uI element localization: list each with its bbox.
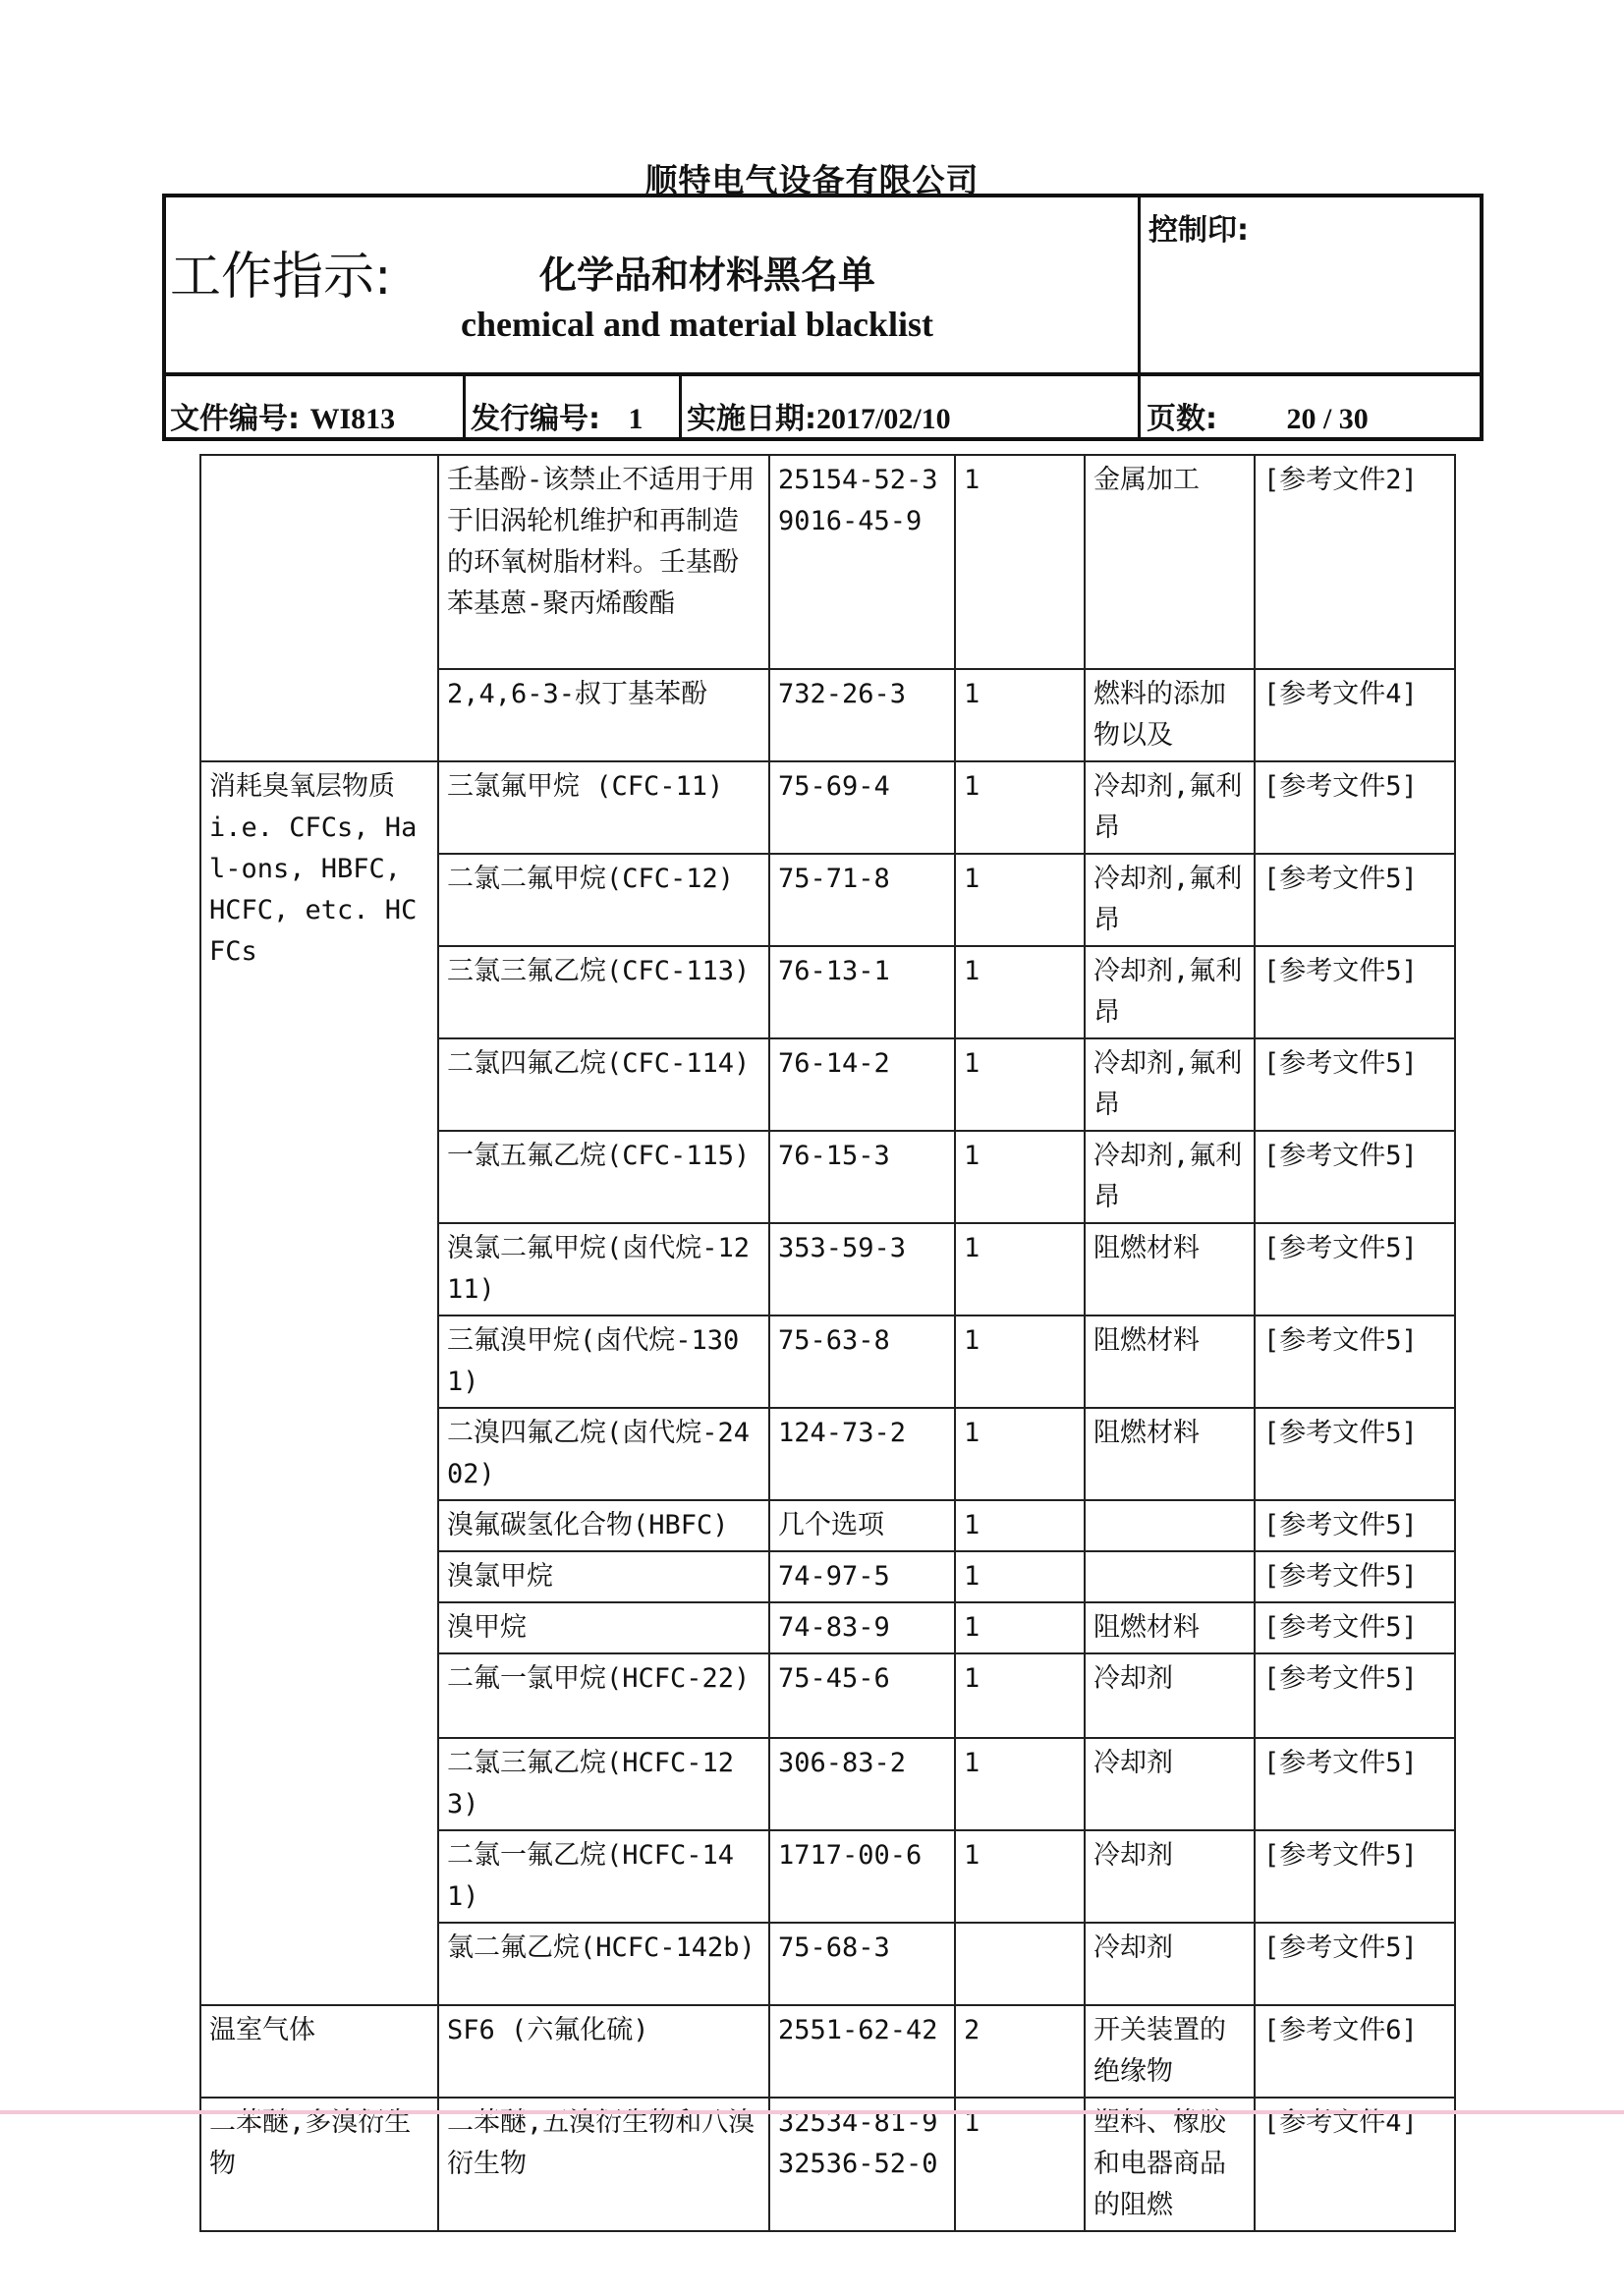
usage-cell: 冷却剂 xyxy=(1085,1738,1255,1830)
substance-cell: 二氯四氟乙烷(CFC-114) xyxy=(438,1038,769,1131)
cas-number: 32534-81-9 xyxy=(778,2102,946,2144)
reference-cell: [参考文件6] xyxy=(1255,2005,1455,2098)
reference-cell: [参考文件5] xyxy=(1255,1315,1455,1408)
category-cell: 二苯醚,多溴衍生物 xyxy=(200,2098,438,2231)
level-cell: 1 xyxy=(955,1223,1085,1315)
usage-cell: 开关装置的绝缘物 xyxy=(1085,2005,1255,2098)
cas-number-cell: 2551-62-42 xyxy=(769,2005,955,2098)
cas-number: 76-13-1 xyxy=(778,951,946,992)
reference-cell: [参考文件4] xyxy=(1255,669,1455,761)
substance-cell: 二氯一氟乙烷(HCFC-141) xyxy=(438,1830,769,1923)
level-cell: 1 xyxy=(955,1038,1085,1131)
reference-cell: [参考文件5] xyxy=(1255,1038,1455,1131)
title-english: chemical and material blacklist xyxy=(461,304,933,345)
level-cell: 1 xyxy=(955,1653,1085,1738)
usage-cell: 阻燃材料 xyxy=(1085,1602,1255,1653)
cas-number: 1717-00-6 xyxy=(778,1835,946,1876)
cas-number-cell: 1717-00-6 xyxy=(769,1830,955,1923)
document-header: 工作指示: 化学品和材料黑名单 chemical and material bl… xyxy=(162,194,1484,441)
effective-date-label: 实施日期: xyxy=(687,402,816,436)
category-cell xyxy=(200,455,438,761)
category-cell: 温室气体 xyxy=(200,2005,438,2098)
cas-number-cell: 75-45-6 xyxy=(769,1653,955,1738)
level-cell: 1 xyxy=(955,1830,1085,1923)
reference-cell: [参考文件5] xyxy=(1255,854,1455,946)
reference-cell: [参考文件5] xyxy=(1255,1551,1455,1602)
substance-cell: 2,4,6-3-叔丁基苯酚 xyxy=(438,669,769,761)
control-stamp-label: 控制印: xyxy=(1148,205,1249,249)
substance-cell: 三氯三氟乙烷(CFC-113) xyxy=(438,946,769,1038)
reference-cell: [参考文件5] xyxy=(1255,1223,1455,1315)
level-cell: 1 xyxy=(955,1602,1085,1653)
cas-number: 76-14-2 xyxy=(778,1043,946,1085)
cas-number-cell: 76-14-2 xyxy=(769,1038,955,1131)
cas-number-cell: 75-68-3 xyxy=(769,1923,955,2005)
page-edge-line xyxy=(0,2110,1624,2114)
effective-date-value: 2017/02/10 xyxy=(816,403,951,435)
substance-cell: 溴氯甲烷 xyxy=(438,1551,769,1602)
level-cell: 1 xyxy=(955,455,1085,669)
reference-cell: [参考文件5] xyxy=(1255,1500,1455,1551)
cas-number-cell: 353-59-3 xyxy=(769,1223,955,1315)
level-cell: 1 xyxy=(955,669,1085,761)
issue-number-label: 发行编号: xyxy=(471,402,600,436)
substance-cell: 二氯二氟甲烷(CFC-12) xyxy=(438,854,769,946)
reference-cell: [参考文件5] xyxy=(1255,1830,1455,1923)
cas-number: 124-73-2 xyxy=(778,1413,946,1454)
reference-cell: [参考文件5] xyxy=(1255,1738,1455,1830)
reference-cell: [参考文件5] xyxy=(1255,1653,1455,1738)
cas-number: 74-97-5 xyxy=(778,1556,946,1597)
header-divider xyxy=(679,372,682,437)
substance-cell: 溴甲烷 xyxy=(438,1602,769,1653)
level-cell: 1 xyxy=(955,1738,1085,1830)
reference-cell: [参考文件4] xyxy=(1255,2098,1455,2231)
level-cell: 1 xyxy=(955,1131,1085,1223)
header-divider xyxy=(166,372,1480,376)
cas-number: 76-15-3 xyxy=(778,1136,946,1177)
cas-number: 2551-62-42 xyxy=(778,2010,946,2051)
level-cell: 1 xyxy=(955,946,1085,1038)
reference-cell: [参考文件5] xyxy=(1255,1131,1455,1223)
level-cell: 1 xyxy=(955,1315,1085,1408)
substance-cell: 二苯醚,五溴衍生物和八溴衍生物 xyxy=(438,2098,769,2231)
level-cell: 1 xyxy=(955,761,1085,854)
reference-cell: [参考文件5] xyxy=(1255,1408,1455,1500)
level-cell: 1 xyxy=(955,1551,1085,1602)
substance-cell: 一氯五氟乙烷(CFC-115) xyxy=(438,1131,769,1223)
header-divider xyxy=(1138,197,1141,437)
substance-cell: 二氯三氟乙烷(HCFC-123) xyxy=(438,1738,769,1830)
substance-cell: 溴氯二氟甲烷(卤代烷-1211) xyxy=(438,1223,769,1315)
reference-cell: [参考文件5] xyxy=(1255,761,1455,854)
cas-number: 32536-52-0 xyxy=(778,2144,946,2185)
substance-cell: 二溴四氟乙烷(卤代烷-2402) xyxy=(438,1408,769,1500)
substance-cell: 三氯氟甲烷 (CFC-11) xyxy=(438,761,769,854)
cas-number-cell: 32534-81-932536-52-0 xyxy=(769,2098,955,2231)
cas-number: 25154-52-3 xyxy=(778,460,946,501)
cas-number: 306-83-2 xyxy=(778,1743,946,1784)
page-count: 页数: 20 / 30 xyxy=(1147,394,1369,437)
reference-cell: [参考文件2] xyxy=(1255,455,1455,669)
cas-number: 353-59-3 xyxy=(778,1228,946,1269)
table-row: 二苯醚,多溴衍生物二苯醚,五溴衍生物和八溴衍生物32534-81-932536-… xyxy=(200,2098,1455,2231)
issue-number: 发行编号: 1 xyxy=(471,394,643,437)
cas-number-cell: 75-71-8 xyxy=(769,854,955,946)
reference-cell: [参考文件5] xyxy=(1255,946,1455,1038)
level-cell: 2 xyxy=(955,2005,1085,2098)
blacklist-table: 壬基酚-该禁止不适用于用于旧涡轮机维护和再制造的环氧树脂材料。壬基酚苯基蒽-聚丙… xyxy=(199,454,1456,2232)
cas-number: 75-45-6 xyxy=(778,1658,946,1700)
cas-number-cell: 74-83-9 xyxy=(769,1602,955,1653)
doc-type-label: 工作指示: xyxy=(170,235,392,308)
file-number-label: 文件编号: xyxy=(170,402,300,436)
usage-cell: 冷却剂,氟利昂 xyxy=(1085,946,1255,1038)
file-number-value: WI813 xyxy=(309,403,395,435)
reference-cell: [参考文件5] xyxy=(1255,1923,1455,2005)
file-number: 文件编号: WI813 xyxy=(170,394,395,437)
level-cell: 1 xyxy=(955,1500,1085,1551)
substance-cell: 三氟溴甲烷(卤代烷-1301) xyxy=(438,1315,769,1408)
cas-number-cell: 几个选项 xyxy=(769,1500,955,1551)
effective-date: 实施日期:2017/02/10 xyxy=(687,394,951,437)
usage-cell: 冷却剂,氟利昂 xyxy=(1085,854,1255,946)
substance-cell: 壬基酚-该禁止不适用于用于旧涡轮机维护和再制造的环氧树脂材料。壬基酚苯基蒽-聚丙… xyxy=(438,455,769,669)
substance-cell: 溴氟碳氢化合物(HBFC) xyxy=(438,1500,769,1551)
title-chinese: 化学品和材料黑名单 xyxy=(539,245,875,299)
table-row: 消耗臭氧层物质 i.e. CFCs, Hal-ons, HBFC, HCFC, … xyxy=(200,761,1455,854)
usage-cell: 冷却剂,氟利昂 xyxy=(1085,761,1255,854)
usage-cell: 金属加工 xyxy=(1085,455,1255,669)
cas-number-cell: 76-15-3 xyxy=(769,1131,955,1223)
usage-cell: 冷却剂 xyxy=(1085,1830,1255,1923)
cas-number: 75-63-8 xyxy=(778,1320,946,1362)
usage-cell: 阻燃材料 xyxy=(1085,1408,1255,1500)
usage-cell: 冷却剂,氟利昂 xyxy=(1085,1131,1255,1223)
cas-number: 75-68-3 xyxy=(778,1928,946,1969)
usage-cell: 燃料的添加物以及 xyxy=(1085,669,1255,761)
usage-cell xyxy=(1085,1500,1255,1551)
cas-number: 75-69-4 xyxy=(778,766,946,808)
reference-cell: [参考文件5] xyxy=(1255,1602,1455,1653)
header-divider xyxy=(463,372,466,437)
level-cell: 1 xyxy=(955,1408,1085,1500)
cas-number-cell: 75-63-8 xyxy=(769,1315,955,1408)
cas-number: 9016-45-9 xyxy=(778,501,946,542)
substance-cell: 二氟一氯甲烷(HCFC-22) xyxy=(438,1653,769,1738)
level-cell: 1 xyxy=(955,2098,1085,2231)
cas-number: 几个选项 xyxy=(778,1505,946,1546)
table-row: 温室气体SF6 (六氟化硫)2551-62-422开关装置的绝缘物[参考文件6] xyxy=(200,2005,1455,2098)
table-row: 壬基酚-该禁止不适用于用于旧涡轮机维护和再制造的环氧树脂材料。壬基酚苯基蒽-聚丙… xyxy=(200,455,1455,669)
level-cell: 1 xyxy=(955,854,1085,946)
cas-number-cell: 25154-52-39016-45-9 xyxy=(769,455,955,669)
usage-cell: 冷却剂 xyxy=(1085,1923,1255,2005)
page-count-value: 20 / 30 xyxy=(1286,403,1368,435)
usage-cell xyxy=(1085,1551,1255,1602)
usage-cell: 阻燃材料 xyxy=(1085,1223,1255,1315)
cas-number-cell: 74-97-5 xyxy=(769,1551,955,1602)
cas-number: 74-83-9 xyxy=(778,1607,946,1649)
level-cell xyxy=(955,1923,1085,2005)
cas-number-cell: 75-69-4 xyxy=(769,761,955,854)
category-cell: 消耗臭氧层物质 i.e. CFCs, Hal-ons, HBFC, HCFC, … xyxy=(200,761,438,2005)
usage-cell: 冷却剂 xyxy=(1085,1653,1255,1738)
cas-number: 75-71-8 xyxy=(778,859,946,900)
issue-number-value: 1 xyxy=(628,403,643,435)
usage-cell: 冷却剂,氟利昂 xyxy=(1085,1038,1255,1131)
usage-cell: 塑料、橡胶和电器商品的阻燃 xyxy=(1085,2098,1255,2231)
cas-number-cell: 76-13-1 xyxy=(769,946,955,1038)
cas-number-cell: 732-26-3 xyxy=(769,669,955,761)
page-count-label: 页数: xyxy=(1147,402,1217,436)
cas-number-cell: 124-73-2 xyxy=(769,1408,955,1500)
usage-cell: 阻燃材料 xyxy=(1085,1315,1255,1408)
cas-number: 732-26-3 xyxy=(778,674,946,715)
substance-cell: 氯二氟乙烷(HCFC-142b) xyxy=(438,1923,769,2005)
cas-number-cell: 306-83-2 xyxy=(769,1738,955,1830)
substance-cell: SF6 (六氟化硫) xyxy=(438,2005,769,2098)
